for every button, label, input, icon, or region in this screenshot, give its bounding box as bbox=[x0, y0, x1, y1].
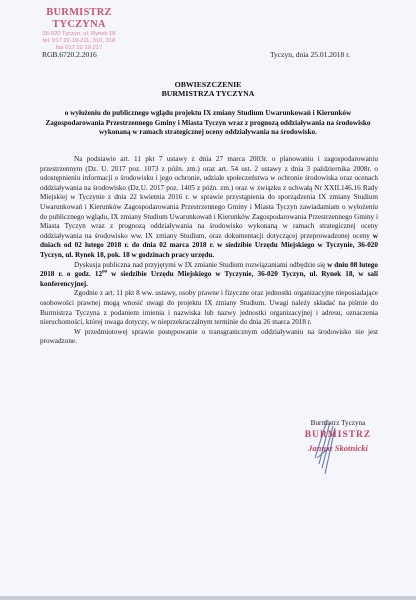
reference-number: RGB.6720.2.2016 bbox=[42, 50, 97, 59]
stamp-phone: tel. 017 22-19-211, 310, 318 bbox=[24, 38, 134, 45]
paragraph-legal-basis: Na podstawie art. 11 pkt 7 ustawy z dnia… bbox=[40, 155, 378, 261]
page-bottom-edge bbox=[0, 596, 416, 600]
document-page: BURMISTRZ TYCZYNA 36-020 Tyczyn, ul. Ryn… bbox=[0, 0, 416, 596]
title-line-1: OBWIESZCZENIE bbox=[0, 80, 416, 89]
paragraph-comments: Zgodnie z art. 11 pkt 8 ww. ustawy, osob… bbox=[40, 289, 378, 327]
paragraph-transboundary: W przedmiotowej sprawie postępowanie o t… bbox=[40, 328, 378, 347]
date-line: Tyczyn, dnia 25.01.2018 r. bbox=[270, 50, 350, 59]
title-line-2: BURMISTRZA TYCZYNA bbox=[0, 89, 416, 98]
document-body: Na podstawie art. 11 pkt 7 ustawy z dnia… bbox=[40, 155, 378, 347]
stamp-title: BURMISTRZ TYCZYNA bbox=[24, 7, 134, 31]
header-stamp: BURMISTRZ TYCZYNA 36-020 Tyczyn, ul. Ryn… bbox=[24, 7, 134, 52]
handwritten-signature-icon bbox=[305, 418, 345, 478]
document-subject: o wyłożeniu do publicznego wglądu projek… bbox=[40, 109, 376, 138]
paragraph-public-discussion: Dyskusja publiczna nad przyjętymi w IX z… bbox=[40, 261, 378, 290]
document-title: OBWIESZCZENIE BURMISTRZA TYCZYNA bbox=[0, 80, 416, 98]
stamp-address: 36-020 Tyczyn, ul. Rynek 18 bbox=[24, 31, 134, 38]
